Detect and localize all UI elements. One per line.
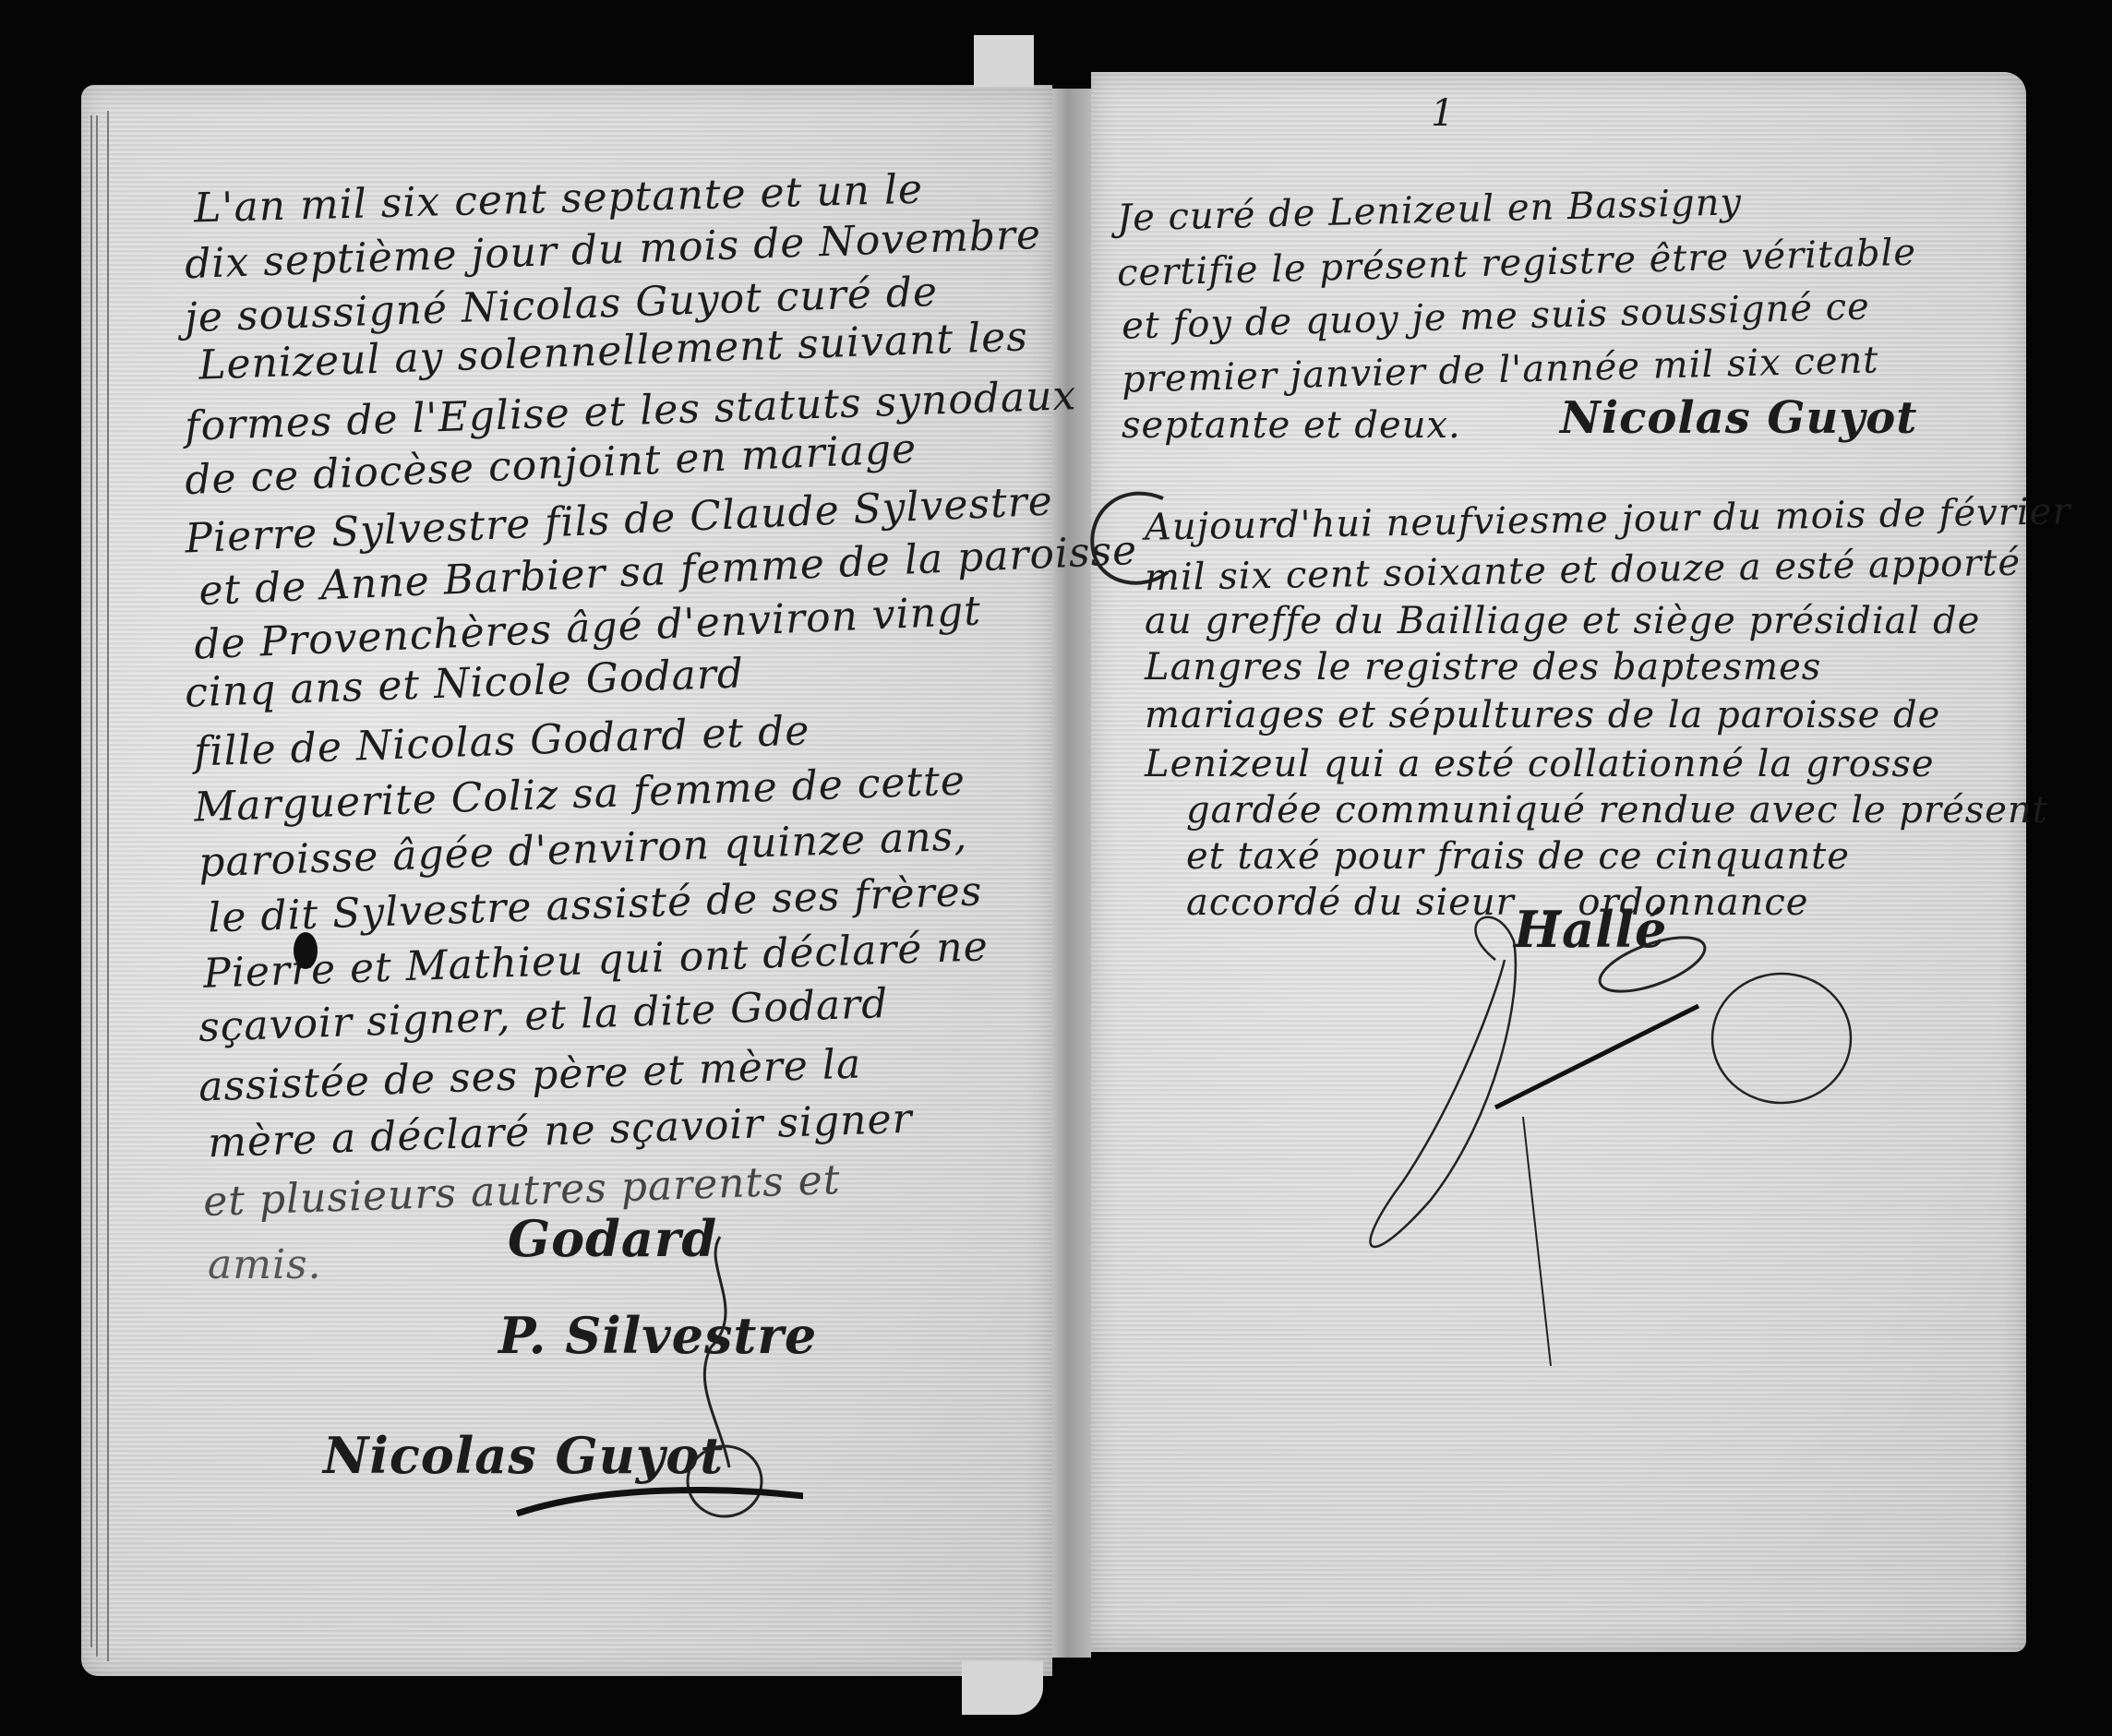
page-edge-line — [96, 115, 98, 1657]
signature-nicolas-guyot-right: Nicolas Guyot — [1560, 392, 1917, 444]
page-edge-line — [90, 115, 92, 1647]
binding-strip-bottom — [962, 1661, 1043, 1715]
right-line-12: gardée communiqué rendue avec le présent — [1186, 789, 2048, 832]
ink-blot — [294, 932, 318, 969]
binding-gutter — [1052, 89, 1091, 1658]
right-line-11: Lenizeul qui a esté collationné la gross… — [1145, 743, 1935, 785]
paraphe-flourish-icon — [1311, 886, 1865, 1366]
folio-number: 1 — [1431, 92, 1455, 135]
right-line-5: septante et deux. — [1122, 404, 1461, 447]
right-line-13: et taxé pour frais de ce cinquante — [1186, 835, 1850, 878]
signature-flourish-icon — [415, 1209, 803, 1550]
left-line-20: amis. — [208, 1241, 322, 1288]
page-edge-line — [107, 111, 109, 1661]
right-line-8: au greffe du Bailliage et siège présidia… — [1145, 600, 1980, 642]
right-line-9: Langres le registre des baptesmes — [1145, 646, 1821, 688]
binding-strip-top — [974, 35, 1034, 87]
right-line-10: mariages et sépultures de la paroisse de — [1145, 694, 1940, 736]
